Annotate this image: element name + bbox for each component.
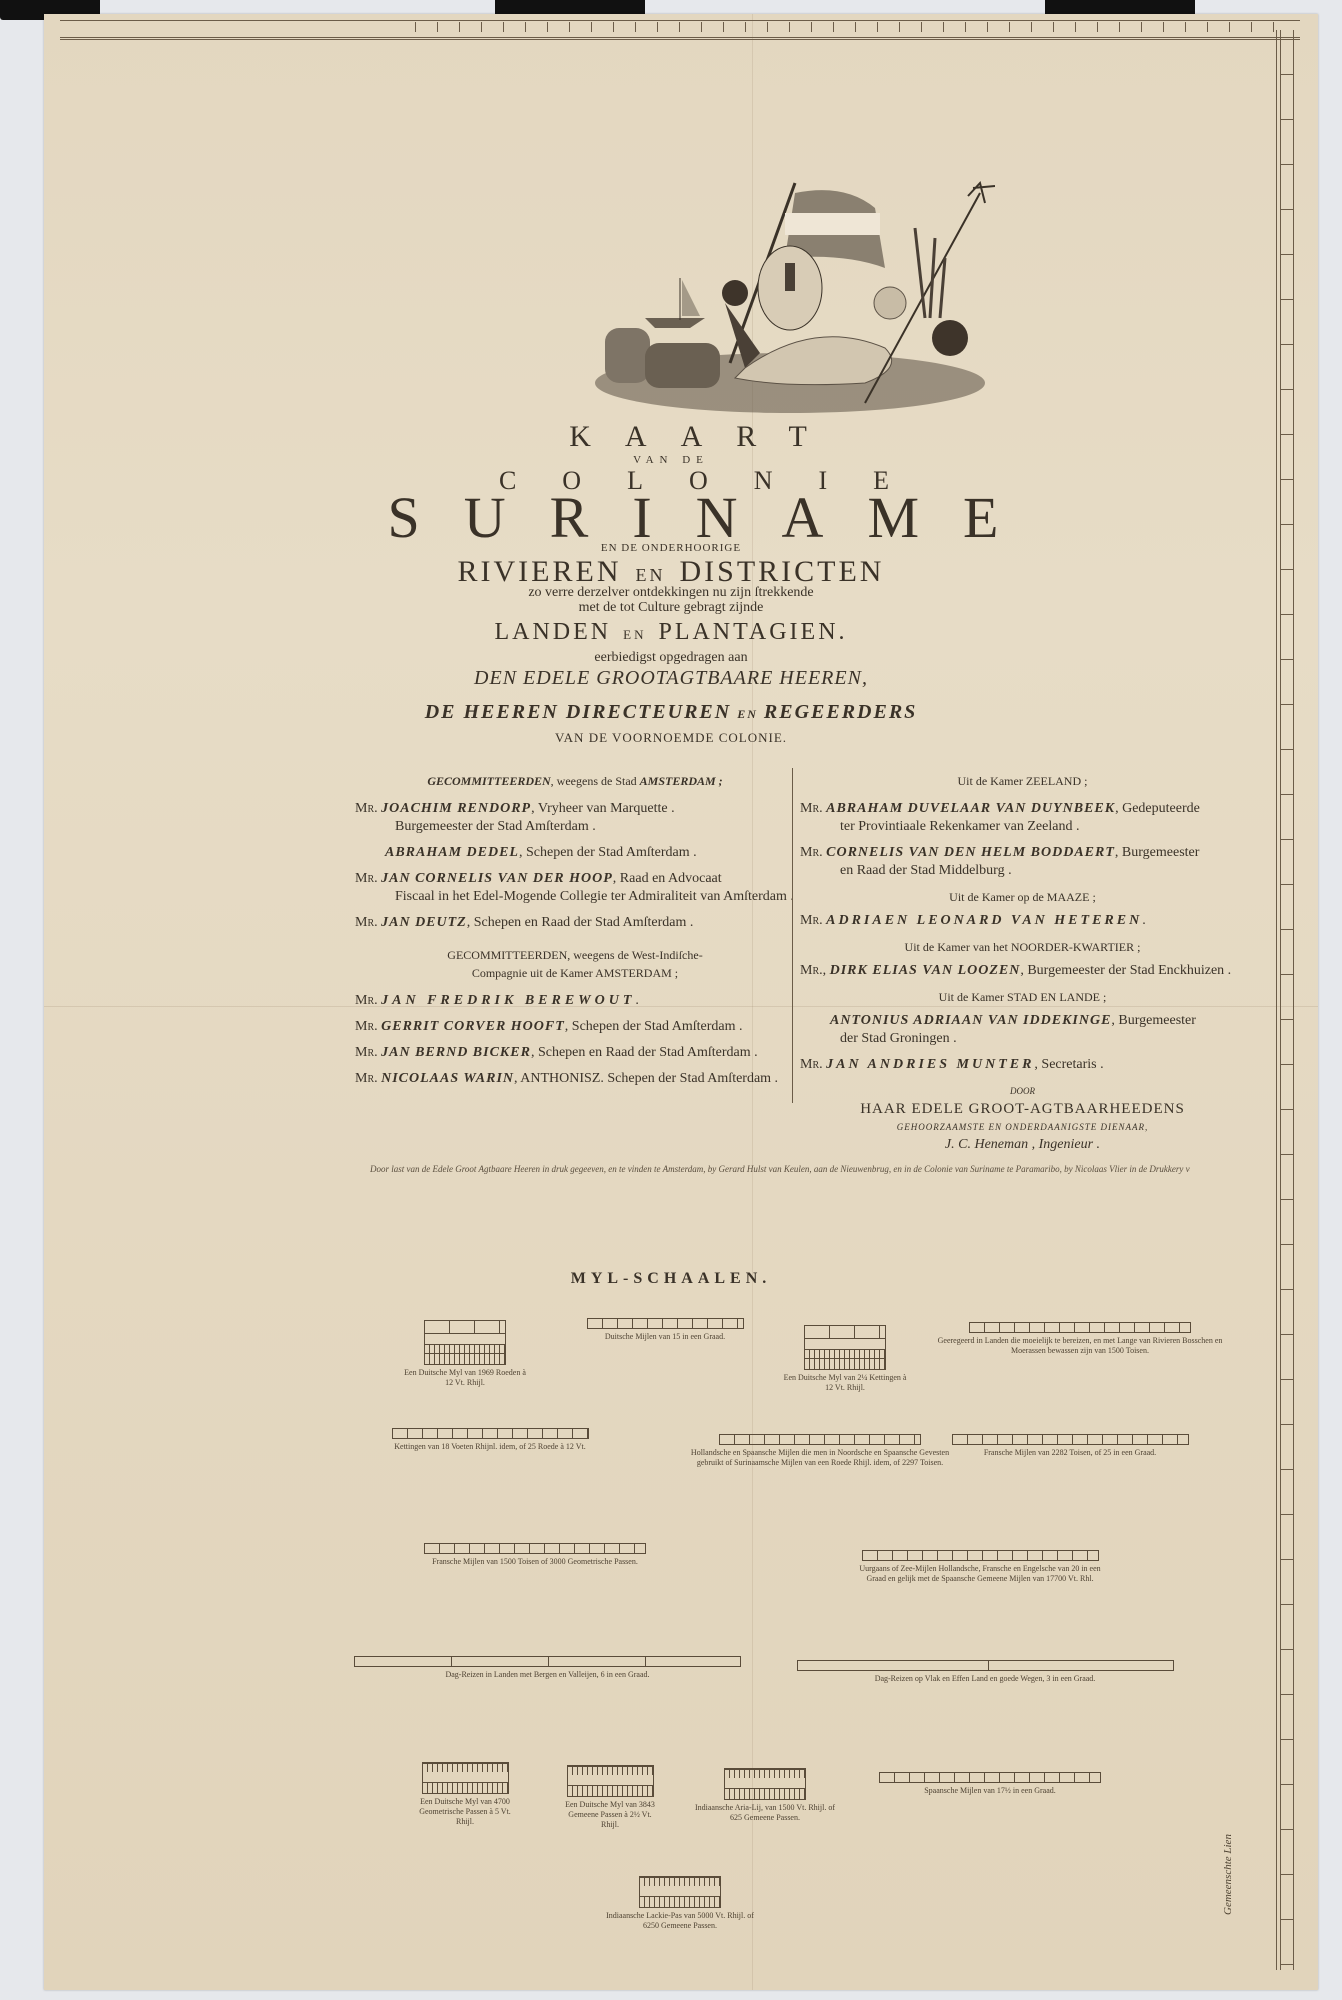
title-rivieren-districten: RIVIERENENDISTRICTEN (0, 555, 1342, 589)
scale-item: Duitsche Mijlen van 15 in een Graad. (565, 1318, 765, 1342)
title-onderhoorige: EN DE ONDERHOORIGE (0, 542, 1342, 554)
allegorical-vignette (585, 168, 995, 423)
scale-item: Fransche Mijlen van 2282 Toisen, of 25 i… (945, 1434, 1195, 1458)
honorific: Mr. (355, 993, 378, 1008)
scale-graphic (587, 1318, 744, 1329)
dedication-voornoemde: VAN DE VOORNOEMDE COLONIE. (0, 730, 1342, 746)
word-en: EN (737, 707, 758, 721)
scale-item: Indiaansche Lackie-Pas van 5000 Vt. Rhij… (600, 1876, 760, 1931)
header-pre: GECOMMITTEERDEN (427, 774, 550, 788)
person-title: . (635, 993, 639, 1008)
imprint-line: Door last van de Edele Groot Agtbaare He… (370, 1164, 1190, 1174)
scale-graphic (639, 1876, 721, 1908)
scale-item: Kettingen van 18 Voeten Rhijnl. idem, of… (385, 1428, 595, 1452)
header-west-indische: GECOMMITTEERDEN, weegens de West-Indiſch… (355, 946, 795, 982)
scales-heading: MYL-SCHAALEN. (0, 1270, 1342, 1288)
scale-graphic (797, 1660, 1174, 1671)
honorific: Mr. (355, 801, 378, 816)
list-item: Mr. GERRIT CORVER HOOFT, Schepen der Sta… (355, 1018, 795, 1036)
header-post: AMSTERDAM ; (640, 774, 723, 788)
title-suriname: SURINAME (0, 488, 1342, 548)
word-de-heeren: DE HEEREN DIRECTEUREN (425, 701, 732, 723)
dedication-intro: eerbiedigst opgedragen aan (0, 650, 1342, 666)
scale-item: Dag-Reizen in Landen met Bergen en Valle… (350, 1656, 745, 1680)
person-title: , Schepen en Raad der Stad Amſterdam . (531, 1045, 758, 1060)
scale-label: Indiaansche Aria-Lij, van 1500 Vt. Rhijl… (695, 1803, 835, 1822)
header-amsterdam: GECOMMITTEERDEN, weegens de Stad AMSTERD… (355, 772, 795, 790)
scale-label: Een Duitsche Myl van 3843 Gemeene Passen… (565, 1800, 655, 1829)
scale-label: Geeregeerd in Landen die moeielijk te be… (938, 1336, 1223, 1355)
list-item: ANTONIUS ADRIAAN VAN IDDEKINGE, Burgemee… (800, 1012, 1245, 1048)
subtitle-line-1: zo verre derzelver ontdekkingen nu zijn … (0, 585, 1342, 601)
list-item: ABRAHAM DEDEL, Schepen der Stad Amſterda… (355, 844, 795, 862)
scale-label: Hollandsche en Spaansche Mijlen die men … (691, 1448, 949, 1467)
header-line-2: Compagnie uit de Kamer AMSTERDAM ; (355, 964, 795, 982)
person-title: , ANTHONISZ. Schepen der Stad Amſterdam … (514, 1071, 778, 1086)
scale-item: Een Duitsche Myl van 3843 Gemeene Passen… (560, 1765, 660, 1830)
honorific: Mr. (800, 1057, 823, 1072)
right-dedication-column: Uit de Kamer ZEELAND ; Mr. ABRAHAM DUVEL… (800, 768, 1245, 1154)
list-item: Mr., DIRK ELIAS VAN LOOZEN, Burgemeester… (800, 962, 1245, 980)
title-continuation: ter Provintiaale Rekenkamer van Zeeland … (800, 818, 1245, 836)
title-continuation: Burgemeester der Stad Amſterdam . (355, 818, 795, 836)
scale-label: Dag-Reizen op Vlak en Effen Land en goed… (875, 1674, 1096, 1683)
haar-edele: HAAR EDELE GROOT-AGTBAARHEEDENS (800, 1100, 1245, 1118)
title-van-de: VAN DE (0, 454, 1342, 466)
scale-graphic (969, 1322, 1191, 1333)
person-name: JOACHIM RENDORP (381, 801, 531, 816)
scale-item: Geeregeerd in Landen die moeielijk te be… (920, 1322, 1240, 1356)
person-name: DIRK ELIAS VAN LOOZEN (830, 963, 1021, 978)
honorific: Mr. (800, 913, 823, 928)
list-item: Mr. NICOLAAS WARIN, ANTHONISZ. Schepen d… (355, 1070, 795, 1088)
scale-label: Een Duitsche Myl van 2¼ Kettingen à 12 V… (784, 1373, 907, 1392)
list-item: Mr. JAN BERND BICKER, Schepen en Raad de… (355, 1044, 795, 1062)
header-mid: , weegens de Stad (551, 774, 640, 788)
word-plantagien: PLANTAGIEN. (658, 619, 847, 645)
list-item: Mr. JAN FREDRIK BEREWOUT. (355, 992, 795, 1010)
scale-label: Fransche Mijlen van 2282 Toisen, of 25 i… (984, 1448, 1156, 1457)
scale-item: Hollandsche en Spaansche Mijlen die men … (690, 1434, 950, 1468)
scale-graphic (422, 1762, 509, 1794)
header-maaze: Uit de Kamer op de MAAZE ; (800, 888, 1245, 906)
person-name: GERRIT CORVER HOOFT (381, 1019, 565, 1034)
word-regeerders: REGEERDERS (764, 701, 917, 723)
header-stad-en-lande: Uit de Kamer STAD EN LANDE ; (800, 988, 1245, 1006)
scale-graphic (567, 1765, 654, 1797)
right-degree-scale (1280, 30, 1294, 1970)
list-item: Mr. JAN DEUTZ, Schepen en Raad der Stad … (355, 914, 795, 932)
title-continuation: Fiscaal in het Edel-Mogende Collegie ter… (355, 888, 795, 906)
dedication-den-edele: DEN EDELE GROOTAGTBAARE HEEREN, (0, 667, 1342, 690)
scale-graphic (354, 1656, 741, 1667)
header-line-1: GECOMMITTEERDEN, weegens de West-Indiſch… (355, 946, 795, 964)
person-name: CORNELIS VAN DEN HELM BODDAERT (826, 845, 1115, 860)
honorific: Mr. (355, 871, 378, 886)
scale-graphic (392, 1428, 589, 1439)
door-label: DOOR (800, 1082, 1245, 1100)
person-title: , Raad en Advocaat (613, 871, 722, 886)
title-continuation: en Raad der Stad Middelburg . (800, 862, 1245, 880)
scale-item: Indiaansche Aria-Lij, van 1500 Vt. Rhijl… (690, 1768, 840, 1823)
title-continuation: der Stad Groningen . (830, 1030, 1245, 1048)
scale-label: Een Duitsche Myl van 4700 Geometrische P… (419, 1797, 511, 1826)
honorific: Mr. (800, 845, 823, 860)
scale-graphic (879, 1772, 1101, 1783)
honorific: Mr., (800, 963, 826, 978)
list-item: Mr. JAN CORNELIS VAN DER HOOP, Raad en A… (355, 870, 795, 906)
honorific: Mr. (355, 1045, 378, 1060)
list-item: Mr. CORNELIS VAN DEN HELM BODDAERT, Burg… (800, 844, 1245, 880)
list-item: Mr. JAN ANDRIES MUNTER, Secretaris . (800, 1056, 1245, 1074)
person-name: JAN ANDRIES MUNTER (826, 1057, 1034, 1072)
scale-label: Duitsche Mijlen van 15 in een Graad. (605, 1332, 725, 1341)
dedication-directeuren: DE HEEREN DIRECTEURENENREGEERDERS (0, 701, 1342, 724)
scale-label: Fransche Mijlen van 1500 Toisen of 3000 … (432, 1557, 638, 1566)
gehoorzaamste-dienaar: GEHOORZAAMSTE EN ONDERDAANIGSTE DIENAAR, (800, 1118, 1245, 1136)
title-landen-plantagien: LANDENENPLANTAGIEN. (0, 619, 1342, 646)
person-name: JAN FREDRIK BEREWOUT (381, 993, 635, 1008)
person-name: ABRAHAM DUVELAAR VAN DUYNBEEK (826, 801, 1115, 816)
word-districten: DISTRICTEN (679, 555, 884, 588)
person-name: NICOLAAS WARIN (381, 1071, 514, 1086)
list-item: Mr. ABRAHAM DUVELAAR VAN DUYNBEEK, Gedep… (800, 800, 1245, 836)
scale-item: Een Duitsche Myl van 2¼ Kettingen à 12 V… (780, 1325, 910, 1393)
engineer-signature: J. C. Heneman , Ingenieur . (800, 1136, 1245, 1154)
word-rivieren: RIVIEREN (458, 555, 622, 588)
scale-graphic (424, 1320, 506, 1365)
header-zeeland: Uit de Kamer ZEELAND ; (800, 772, 1245, 790)
person-title: . (1142, 913, 1146, 928)
scale-item: Uurgaans of Zee-Mijlen Hollandsche, Fran… (850, 1550, 1110, 1584)
person-title: , Schepen der Stad Amſterdam . (519, 845, 697, 860)
scale-label: Kettingen van 18 Voeten Rhijnl. idem, of… (394, 1442, 586, 1451)
scale-label: Spaansche Mijlen van 17½ in een Graad. (924, 1786, 1056, 1795)
scale-label: Dag-Reizen in Landen met Bergen en Valle… (445, 1670, 649, 1679)
person-name: ANTONIUS ADRIAAN VAN IDDEKINGE (830, 1013, 1111, 1028)
scale-item: Spaansche Mijlen van 17½ in een Graad. (875, 1772, 1105, 1796)
scale-item: Dag-Reizen op Vlak en Effen Land en goed… (795, 1660, 1175, 1684)
person-title: , Vryheer van Marquette . (531, 801, 675, 816)
scale-label: Uurgaans of Zee-Mijlen Hollandsche, Fran… (859, 1564, 1100, 1583)
scale-item: Een Duitsche Myl van 4700 Geometrische P… (415, 1762, 515, 1827)
person-name: JAN CORNELIS VAN DER HOOP (381, 871, 613, 886)
scale-item: Fransche Mijlen van 1500 Toisen of 3000 … (420, 1543, 650, 1567)
list-item: Mr. JOACHIM RENDORP, Vryheer van Marquet… (355, 800, 795, 836)
scale-label: Indiaansche Lackie-Pas van 5000 Vt. Rhij… (606, 1911, 754, 1930)
column-divider (792, 768, 793, 1103)
person-name: JAN BERND BICKER (381, 1045, 531, 1060)
honorific: Mr. (800, 801, 823, 816)
scale-label: Een Duitsche Myl van 1969 Roeden à 12 Vt… (404, 1368, 526, 1387)
word-landen: LANDEN (494, 619, 611, 645)
word-en: EN (623, 627, 646, 642)
honorific: Mr. (355, 915, 378, 930)
person-title: , Schepen der Stad Amſterdam . (565, 1019, 743, 1034)
scale-graphic (424, 1543, 646, 1554)
left-dedication-column: GECOMMITTEERDEN, weegens de Stad AMSTERD… (355, 768, 795, 1096)
honorific: Mr. (355, 1071, 378, 1086)
person-title: , Secretaris . (1034, 1057, 1103, 1072)
person-title: , Gedeputeerde (1115, 801, 1200, 816)
scale-graphic (724, 1768, 806, 1800)
person-name: ABRAHAM DEDEL (385, 845, 519, 860)
scale-graphic (719, 1434, 921, 1445)
person-title: , Schepen en Raad der Stad Amſterdam . (467, 915, 694, 930)
person-title: , Burgemeester (1111, 1013, 1196, 1028)
person-title: , Burgemeester der Stad Enckhuizen . (1020, 963, 1231, 978)
top-scale-ticks (415, 22, 1295, 32)
title-kaart: KAART (0, 420, 1342, 454)
side-margin-text: Gemeenschte Lien (1222, 1834, 1234, 1915)
list-item: Mr. ADRIAEN LEONARD VAN HETEREN. (800, 912, 1245, 930)
header-noorder-kwartier: Uit de Kamer van het NOORDER-KWARTIER ; (800, 938, 1245, 956)
top-border-line (60, 39, 1300, 40)
scale-graphic (862, 1550, 1099, 1561)
scale-graphic (804, 1325, 886, 1370)
honorific: Mr. (355, 1019, 378, 1034)
scale-item: Een Duitsche Myl van 1969 Roeden à 12 Vt… (400, 1320, 530, 1388)
word-en: EN (635, 565, 665, 585)
scale-graphic (952, 1434, 1189, 1445)
person-title: , Burgemeester (1115, 845, 1200, 860)
person-name: JAN DEUTZ (381, 915, 467, 930)
right-border-line (1276, 30, 1277, 1970)
subtitle-line-2: met de tot Culture gebragt zijnde (0, 600, 1342, 616)
person-name: ADRIAEN LEONARD VAN HETEREN (826, 913, 1142, 928)
